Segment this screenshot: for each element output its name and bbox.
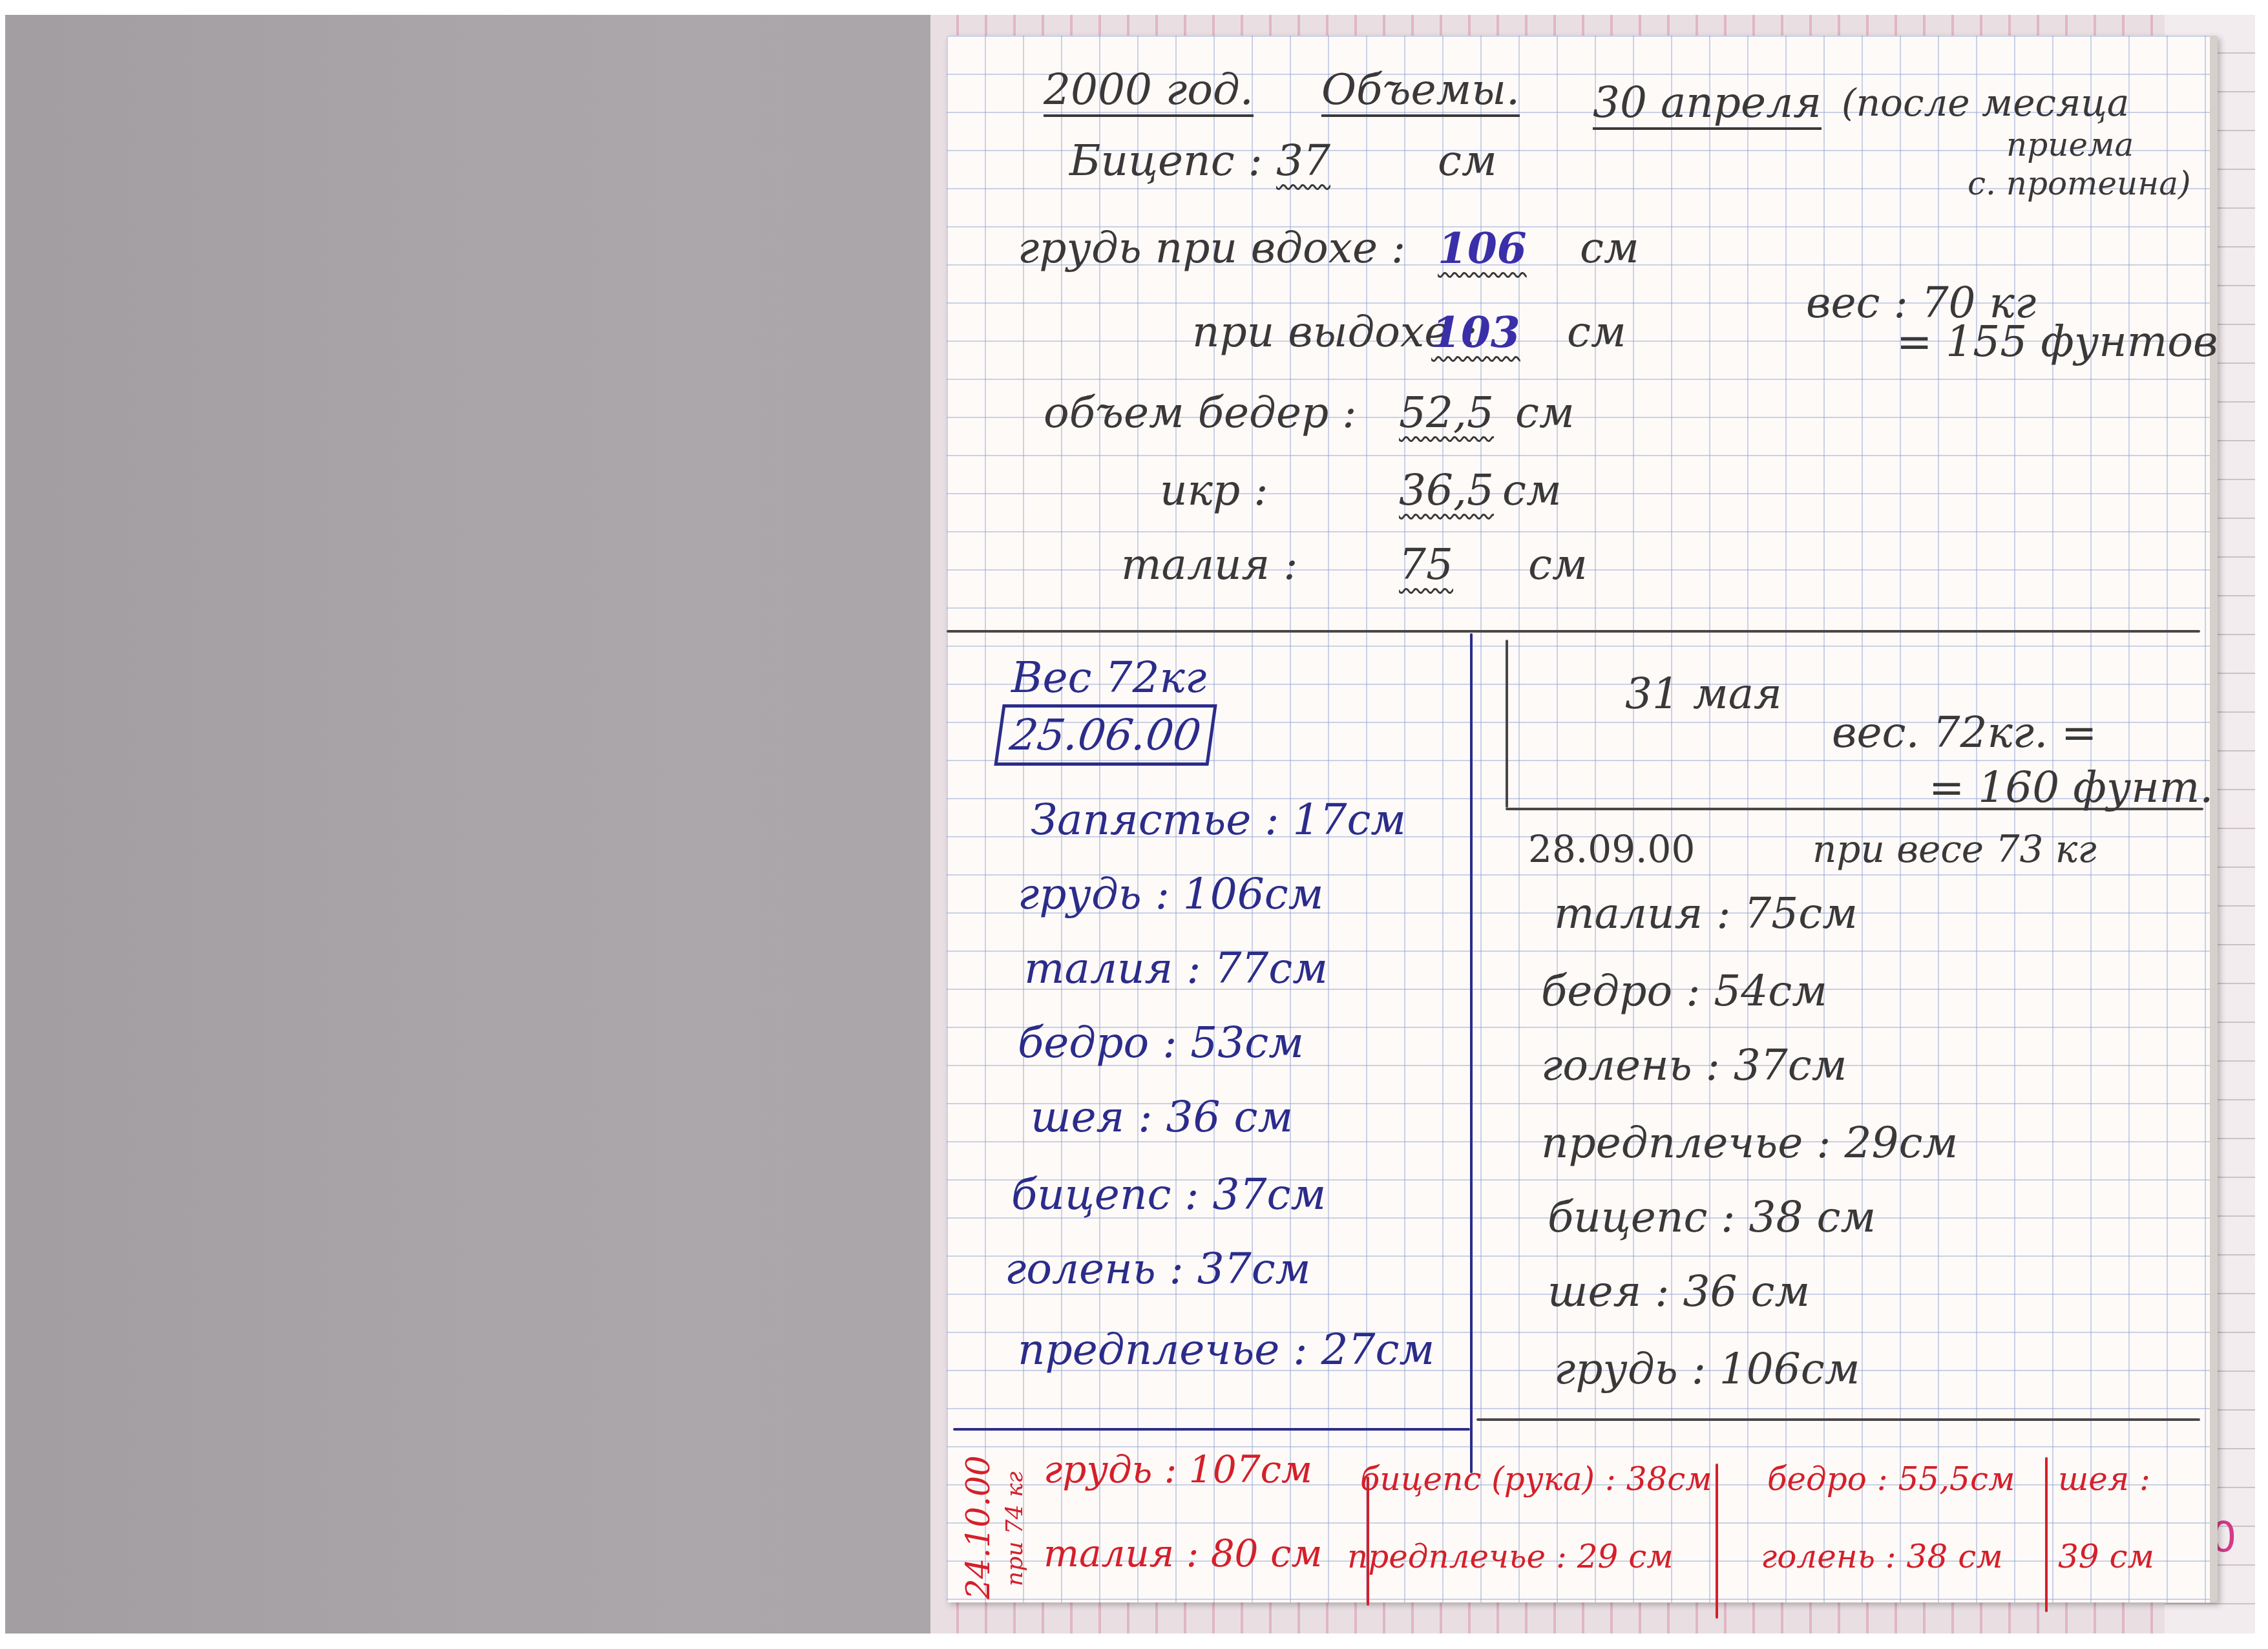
measurement: шея : 36 см [1031, 1092, 1293, 1142]
measurement: бицепс (рука) : 38см [1360, 1460, 1712, 1498]
measurement: шея : 36 см [1548, 1266, 1810, 1316]
measurement-label: Бицепс : [1069, 136, 1263, 185]
entry-date: 30 апреля [1593, 78, 1822, 130]
column-divider [1716, 1464, 1718, 1619]
weight-lbs: = 155 фунтов [1896, 317, 2218, 366]
measurement: бедро : 53см [1018, 1018, 1304, 1067]
weight-entry: Вес 72кг [1011, 653, 1206, 702]
measurement: талия : 75см [1554, 888, 1858, 938]
measurement-value: 103 [1431, 307, 1520, 357]
note-line: (после месяца [1842, 81, 2129, 125]
section-divider [947, 630, 2200, 633]
measurement-value: 36,5 [1399, 465, 1494, 515]
section-divider [953, 1428, 1470, 1431]
measurement: грудь : 106см [1554, 1344, 1860, 1394]
measurement: бицепс : 37см [1011, 1170, 1326, 1219]
measurement-label: шея : [2058, 1460, 2150, 1498]
measurement-unit: см [1567, 307, 1626, 357]
measurement-unit: см [1580, 223, 1639, 273]
measurement: Запястье : 17см [1031, 795, 1406, 845]
weight-note: при весе 73 кг [1812, 827, 2097, 871]
measurement-value: 37 [1276, 136, 1330, 185]
measurement-unit: см [1515, 388, 1575, 437]
measurement-unit: см [1438, 136, 1497, 185]
weight-note-vertical: при 74 кг [1002, 1471, 1028, 1586]
note-line: с. протеина) [1968, 165, 2191, 202]
measurement-unit: см [1528, 540, 1588, 589]
measurement: бедро : 55,5см [1767, 1460, 2015, 1498]
measurement: голень : 37см [1005, 1244, 1310, 1294]
measurement: талия : 80 см [1044, 1531, 1323, 1575]
entry-date: 28.09.00 [1528, 827, 1695, 871]
notebook-page: 2000 год. Объемы. 30 апреля (после месяц… [947, 36, 2218, 1602]
measurement-label: грудь при вдохе : [1018, 223, 1405, 273]
column-divider [1470, 633, 1473, 1473]
measurement-value: 39 см [2058, 1538, 2154, 1575]
measurement: голень : 37см [1541, 1040, 1847, 1090]
weight-lbs: = 160 фунт. [1929, 762, 2213, 812]
entry-date: 31 мая [1625, 669, 1782, 719]
year-heading: 2000 год. [1044, 65, 1254, 117]
measurement: грудь : 106см [1018, 869, 1324, 919]
measurement-label: объем бедер : [1044, 388, 1356, 437]
measurement-value: 52,5 [1399, 388, 1494, 437]
measurement: бедро : 54см [1541, 966, 1827, 1016]
section-divider [1476, 1418, 2200, 1421]
measurement: талия : 77см [1024, 943, 1328, 993]
entry-date-box: 25.06.00 [994, 704, 1217, 766]
measurement-label: икр : [1160, 465, 1268, 515]
measurement: предплечье : 29см [1541, 1118, 1958, 1168]
column-divider [2045, 1457, 2048, 1612]
measurement-unit: см [1502, 465, 1562, 515]
measurement: грудь : 107см [1044, 1447, 1312, 1491]
measurement-value: 106 [1438, 223, 1527, 273]
box-border [1506, 640, 1508, 808]
section-title: Объемы. [1321, 65, 1520, 117]
measurement: голень : 38 см [1761, 1538, 2003, 1575]
measurement-value: 75 [1399, 540, 1453, 589]
entry-date-vertical: 24.10.00 [960, 1455, 997, 1599]
weight-kg: вес. 72кг. = [1832, 708, 2097, 757]
measurement: предплечье : 27см [1018, 1325, 1434, 1374]
measurement: предплечье : 29 см [1347, 1538, 1674, 1575]
measurement: бицепс : 38 см [1548, 1192, 1876, 1242]
measurement-label: талия : [1121, 540, 1297, 589]
note-line: приема [2006, 126, 2134, 163]
